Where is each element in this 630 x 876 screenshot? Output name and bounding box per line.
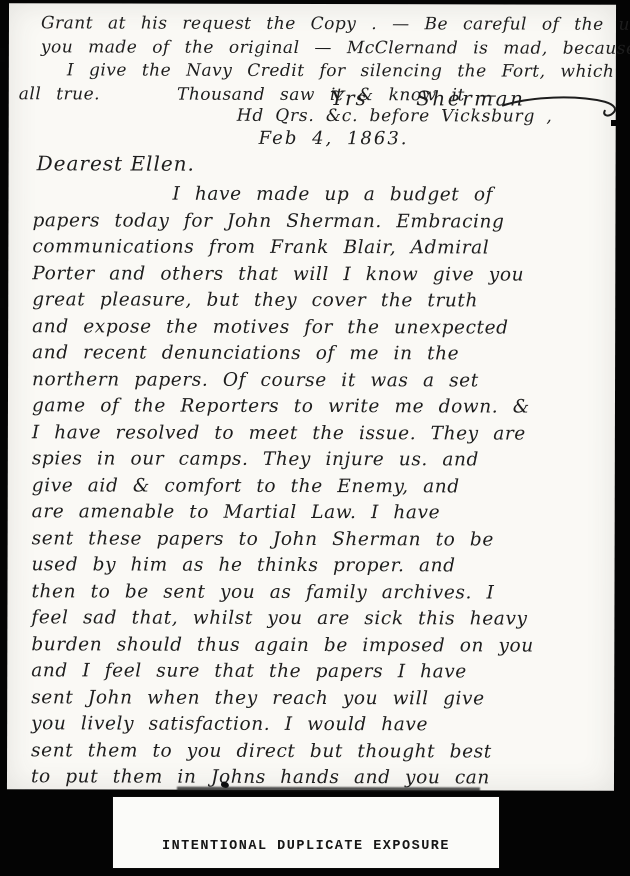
body-line: I have made up a budget of [32, 181, 618, 209]
body-line: feel sad that, whilst you are sick this … [31, 605, 617, 633]
top-note-line: Grant at his request the Copy . — Be car… [41, 12, 630, 37]
letter-body: I have made up a budget of papers today … [31, 181, 619, 792]
body-line: burden should thus again be imposed on y… [31, 632, 617, 660]
body-line: communications from Frank Blair, Admiral [32, 234, 618, 262]
top-note-line: I give the Navy Credit for silencing the… [67, 59, 630, 84]
body-line: are amenable to Martial Law. I have [32, 499, 618, 527]
body-line: Porter and others that will I know give … [32, 261, 618, 289]
body-line: you lively satisfaction. I would have [31, 711, 617, 739]
top-note-line: you made of the original — McClernand is… [41, 36, 630, 61]
body-line: sent these papers to John Sherman to be [32, 526, 618, 554]
body-line: give aid & comfort to the Enemy, and [32, 473, 618, 501]
body-line: sent John when they reach you will give [31, 685, 617, 713]
salutation: Dearest Ellen. [37, 151, 195, 175]
body-line: to put them in Johns hands and you can [31, 764, 617, 792]
date-line: Feb 4, 1863. [259, 128, 409, 149]
body-line: used by him as he thinks proper. and [32, 552, 618, 580]
body-line: northern papers. Of course it was a set [32, 367, 618, 395]
body-line: and I feel sure that the papers I have [31, 658, 617, 686]
top-note-fragment: all true. [19, 84, 100, 104]
letter-page: Grant at his request the Copy . — Be car… [7, 3, 616, 791]
body-line: and recent denunciations of me in the [32, 340, 618, 368]
body-line: then to be sent you as family archives. … [31, 579, 617, 607]
body-line: I have resolved to meet the issue. They … [32, 420, 618, 448]
body-line: spies in our camps. They injure us. and [32, 446, 618, 474]
scanner-edge-mark [0, 298, 4, 308]
letter-scan: Grant at his request the Copy . — Be car… [0, 0, 630, 876]
body-line: great pleasure, but they cover the truth [32, 287, 618, 315]
body-line: papers today for John Sherman. Embracing [32, 208, 618, 236]
body-line: sent them to you direct but thought best [31, 738, 617, 766]
stamp-box: INTENTIONAL DUPLICATE EXPOSURE [113, 797, 499, 868]
body-line: and expose the motives for the unexpecte… [32, 314, 618, 342]
scanner-edge-mark [611, 120, 619, 126]
body-line: game of the Reporters to write me down. … [32, 393, 618, 421]
stamp-label: INTENTIONAL DUPLICATE EXPOSURE [162, 839, 450, 854]
scanner-edge-mark [0, 48, 5, 62]
place-line: Hd Qrs. &c. before Vicksburg , [237, 106, 553, 127]
